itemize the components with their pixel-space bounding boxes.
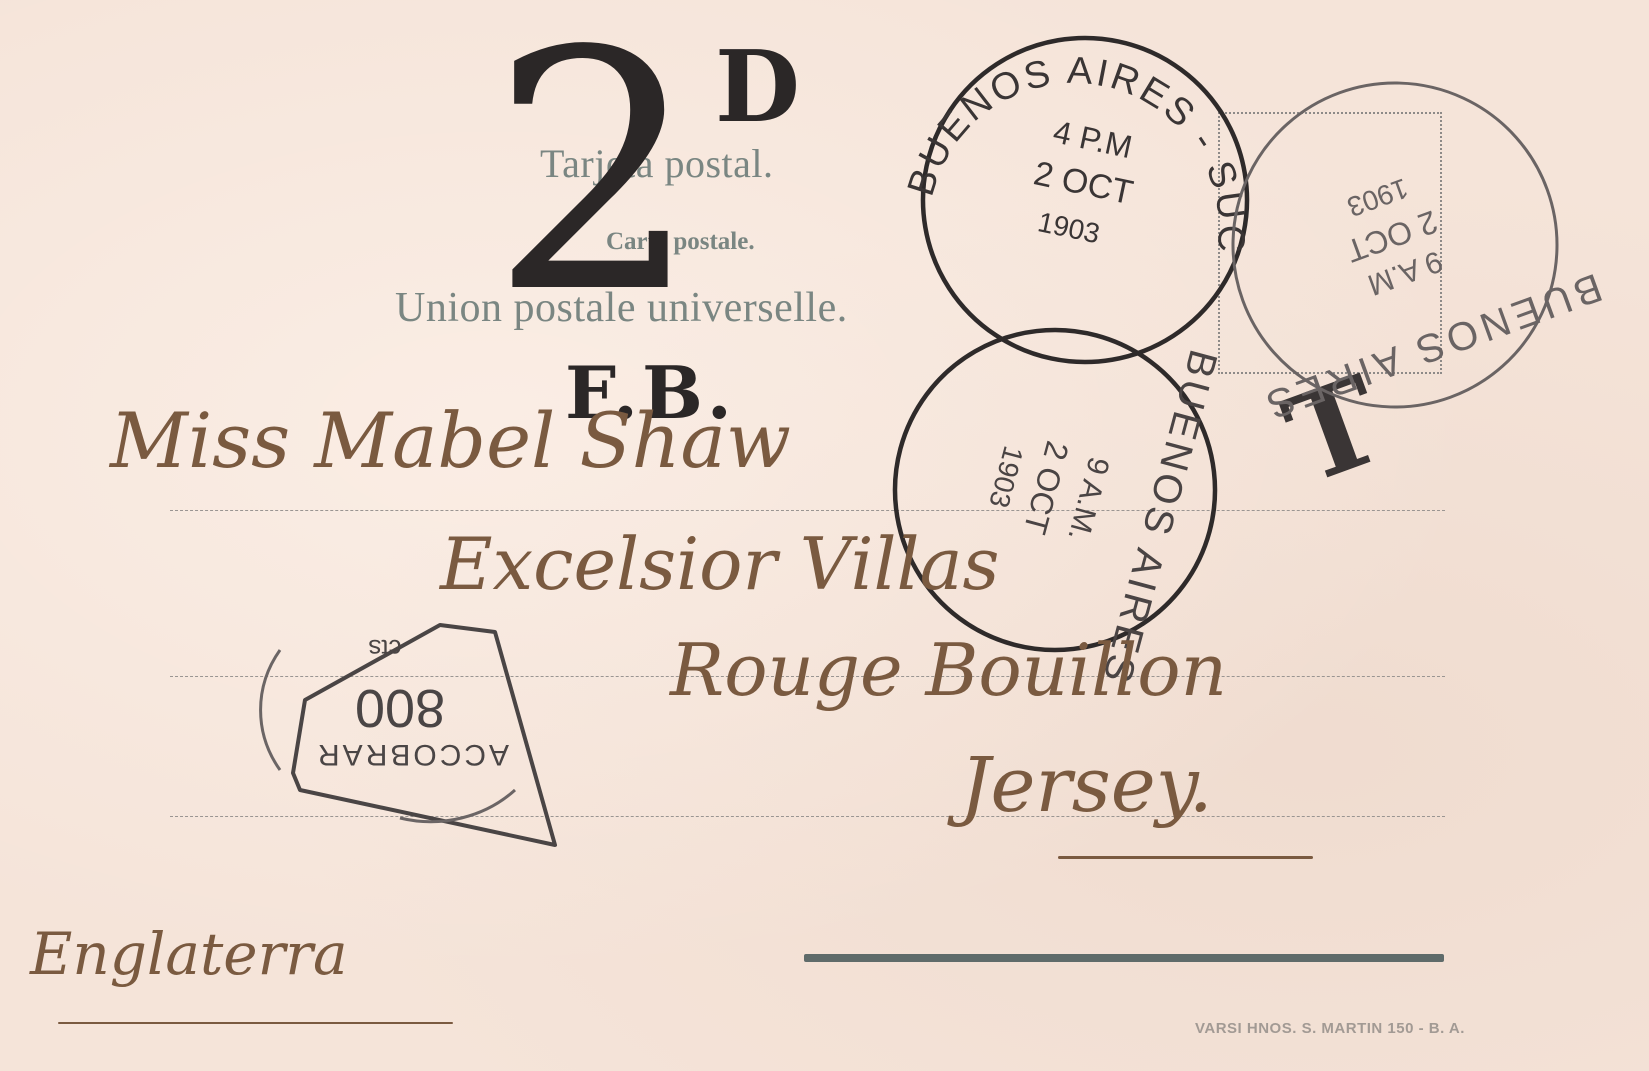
postcard: Tarjeta postal. Carte postale. Union pos… <box>0 0 1649 1071</box>
accobrar-unit: cts <box>368 634 401 664</box>
country-underline <box>58 1022 453 1024</box>
postmark-lower-year: 1903 <box>983 443 1029 511</box>
address-locality: Rouge Bouillon <box>670 628 1227 712</box>
address-underline <box>1058 856 1313 859</box>
address-recipient: Miss Mabel Shaw <box>110 396 791 485</box>
postmark-top-year: 1903 <box>1035 206 1102 249</box>
accobrar-mark: ACCOBRAR 800 cts <box>261 625 555 845</box>
postmark-top: BUENOS AIRES - SUC. - S. 4 P.M 2 OCT 190… <box>0 0 1303 395</box>
printer-imprint: VARSI HNOS. S. MARTIN 150 - B. A. <box>1195 1020 1465 1037</box>
postmark-top-time: 4 P.M <box>1050 113 1135 165</box>
accobrar-value: 800 <box>355 678 445 738</box>
address-street: Excelsior Villas <box>440 522 999 606</box>
address-country: Englaterra <box>30 920 348 988</box>
accobrar-label: ACCOBRAR <box>315 738 509 771</box>
address-island: Jersey. <box>960 740 1213 829</box>
